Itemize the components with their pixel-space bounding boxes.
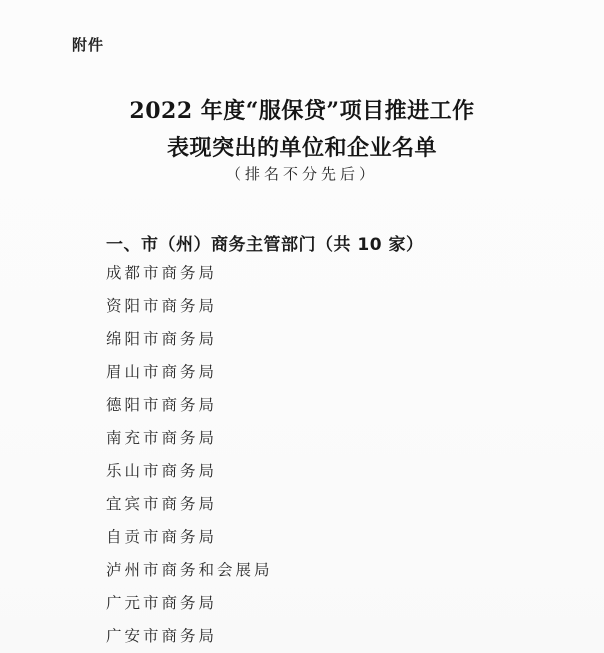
document-subtitle: （排名不分先后） bbox=[0, 163, 604, 184]
list-item: 绵阳市商务局 bbox=[106, 329, 273, 362]
list-item: 资阳市商务局 bbox=[106, 296, 273, 329]
document-page: 附件 2022 年度“服保贷”项目推进工作 表现突出的单位和企业名单 （排名不分… bbox=[0, 0, 604, 653]
list-item: 德阳市商务局 bbox=[106, 395, 273, 428]
document-title-line-1: 2022 年度“服保贷”项目推进工作 bbox=[0, 94, 604, 125]
list-item: 自贡市商务局 bbox=[106, 527, 273, 560]
list-item: 宜宾市商务局 bbox=[106, 494, 273, 527]
list-item: 南充市商务局 bbox=[106, 428, 273, 461]
list-item: 泸州市商务和会展局 bbox=[106, 560, 273, 593]
document-title-line-2: 表现突出的单位和企业名单 bbox=[0, 131, 604, 162]
unit-list: 成都市商务局 资阳市商务局 绵阳市商务局 眉山市商务局 德阳市商务局 南充市商务… bbox=[106, 263, 273, 653]
list-item: 眉山市商务局 bbox=[106, 362, 273, 395]
list-item: 成都市商务局 bbox=[106, 263, 273, 296]
list-item: 广安市商务局 bbox=[106, 626, 273, 653]
attachment-label: 附件 bbox=[72, 34, 104, 55]
list-item: 广元市商务局 bbox=[106, 593, 273, 626]
section-heading: 一、市（州）商务主管部门（共 10 家） bbox=[106, 230, 424, 255]
list-item: 乐山市商务局 bbox=[106, 461, 273, 494]
